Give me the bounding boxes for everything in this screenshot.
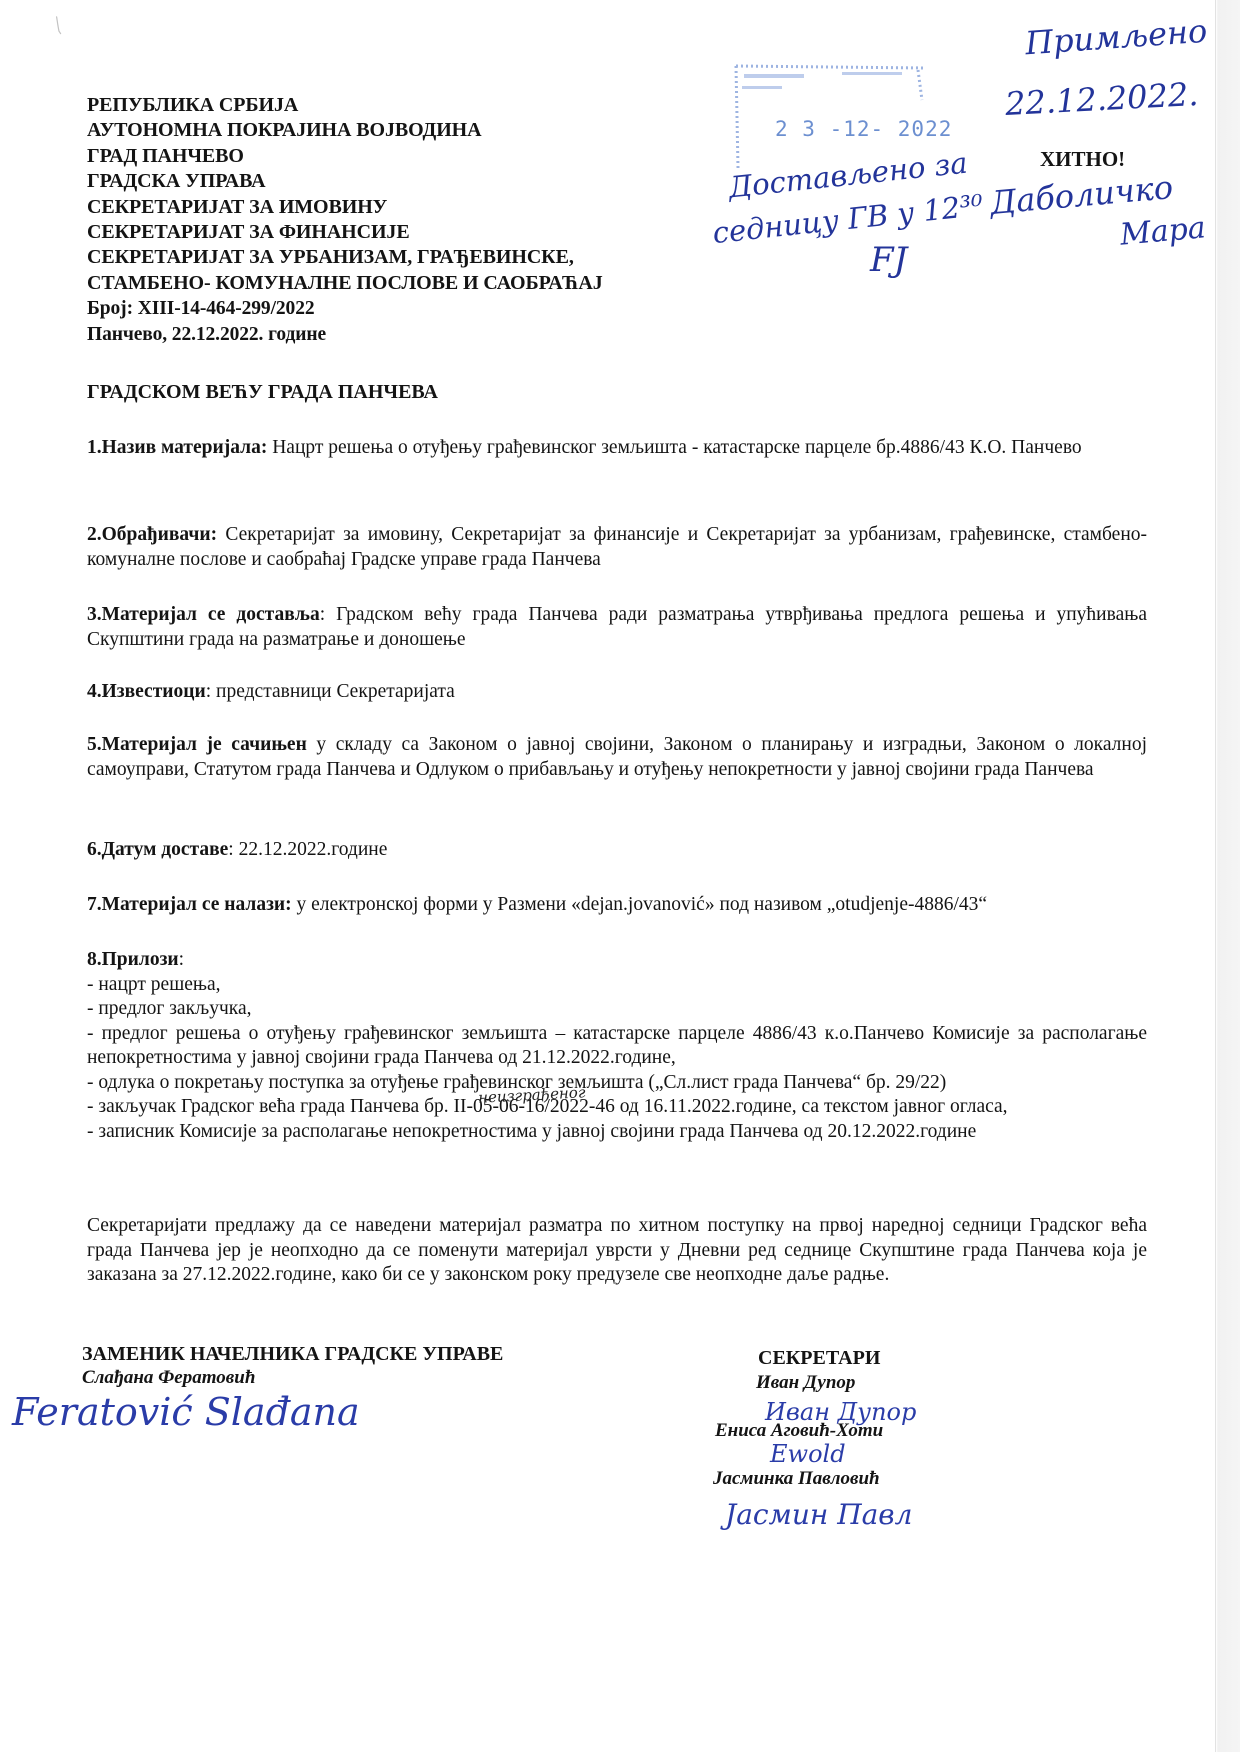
recipient: ГРАДСКОМ ВЕЋУ ГРАДА ПАНЧЕВА: [87, 381, 438, 404]
item-label: 5.Материјал је сачињен: [87, 734, 307, 755]
item-material-name: 1.Назив материјала: Нацрт решења о отуђе…: [87, 436, 1147, 461]
secretary-name: Јасминка Павловић: [713, 1468, 880, 1490]
attachments-label: 8.Прилози: [87, 949, 179, 970]
item-label: 7.Материјал се налази:: [87, 894, 292, 915]
item-label: 1.Назив материјала:: [87, 437, 267, 458]
letterhead-line: АУТОНОМНА ПОКРАЈИНА ВОЈВОДИНА: [87, 118, 603, 143]
letterhead-line: ГРАД ПАНЧЕВО: [87, 144, 603, 169]
place-and-date: Панчево, 22.12.2022. године: [87, 322, 603, 347]
item-rapporteurs: 4.Известиоци: представници Секретаријата: [87, 680, 1147, 705]
attachments-colon: :: [179, 949, 184, 970]
item-label: 6.Датум доставе: [87, 839, 228, 860]
item-text: Секретаријат за имовину, Секретаријат за…: [87, 524, 1147, 570]
item-text: у електронској форми у Размени «dejan.jo…: [292, 894, 987, 915]
letterhead-line: ГРАДСКА УПРАВА: [87, 169, 603, 194]
secretary-name: Иван Дупор: [756, 1372, 855, 1394]
item-authors: 2.Обрађивачи: Секретаријат за имовину, С…: [87, 523, 1147, 572]
item-text: : 22.12.2022.године: [228, 839, 387, 860]
attachment-item: - предлог решења о отуђењу грађевинског …: [87, 1022, 1147, 1071]
scan-artifact-mark: [55, 8, 63, 48]
item-material-location: 7.Материјал се налази: у електронској фо…: [87, 893, 1147, 918]
secretaries-title: СЕКРЕТАРИ: [758, 1347, 880, 1370]
urgent-label: ХИТНО!: [1040, 147, 1125, 172]
item-text: : представници Секретаријата: [206, 681, 455, 702]
attachment-item: - одлука о покретању поступка за отуђење…: [87, 1071, 1147, 1096]
handwritten-received-date: 22.12.2022.: [1004, 75, 1199, 123]
handwritten-initials: FJ: [870, 240, 907, 280]
closing-paragraph: Секретаријати предлажу да се наведени ма…: [87, 1214, 1147, 1288]
letterhead-line: СЕКРЕТАРИЈАТ ЗА ИМОВИНУ: [87, 195, 603, 220]
attachment-item: - предлог закључка,: [87, 997, 1147, 1022]
deputy-head-signature: Feratović Slađana: [12, 1390, 360, 1434]
letterhead: РЕПУБЛИКА СРБИЈА АУТОНОМНА ПОКРАЈИНА ВОЈ…: [87, 93, 603, 347]
item-delivery-date: 6.Датум доставе: 22.12.2022.године: [87, 838, 1147, 863]
letterhead-line: СТАМБЕНО- КОМУНАЛНЕ ПОСЛОВЕ И САОБРАЋАЈ: [87, 271, 603, 296]
letterhead-line: СЕКРЕТАРИЈАТ ЗА ФИНАНСИЈЕ: [87, 220, 603, 245]
attachment-item: - нацрт решења,: [87, 973, 1147, 998]
handwritten-assignee-line1: Даболичко: [989, 168, 1175, 222]
letterhead-line: РЕПУБЛИКА СРБИЈА: [87, 93, 603, 118]
attachment-item: - записник Комисије за располагање непок…: [87, 1120, 1147, 1145]
handwritten-received-label: Примљено: [1024, 12, 1209, 63]
document-number: Број: XIII-14-464-299/2022: [87, 296, 603, 321]
stamp-date: 2 3 -12- 2022: [775, 117, 952, 141]
handwritten-assignee-line2: Мара: [1119, 210, 1207, 252]
secretary-name: Ениса Аговић-Хоти: [715, 1420, 883, 1442]
letterhead-line: СЕКРЕТАРИЈАТ ЗА УРБАНИЗАМ, ГРАЂЕВИНСКЕ,: [87, 245, 603, 270]
item-label: 3.Материјал се доставља: [87, 604, 320, 625]
attachments-section: 8.Прилози: - нацрт решења, - предлог зак…: [87, 948, 1147, 1144]
item-label: 2.Обрађивачи:: [87, 524, 217, 545]
deputy-head-name: Слађана Фератовић: [82, 1367, 255, 1389]
scan-page-edge: [1215, 0, 1240, 1752]
attachment-item: - закључак Градског већа града Панчева б…: [87, 1095, 1147, 1120]
item-text: Нацрт решења о отуђењу грађевинског земљ…: [272, 437, 1081, 458]
item-delivered-to: 3.Материјал се доставља: Градском већу г…: [87, 603, 1147, 652]
item-label: 4.Известиоци: [87, 681, 206, 702]
secretary-signature: Еwold: [770, 1440, 846, 1468]
deputy-head-title: ЗАМЕНИК НАЧЕЛНИКА ГРАДСКЕ УПРАВЕ: [82, 1343, 503, 1366]
secretary-signature: Јасмин Павл: [725, 1498, 912, 1531]
item-legal-basis: 5.Материјал је сачињен у складу са Закон…: [87, 733, 1147, 782]
